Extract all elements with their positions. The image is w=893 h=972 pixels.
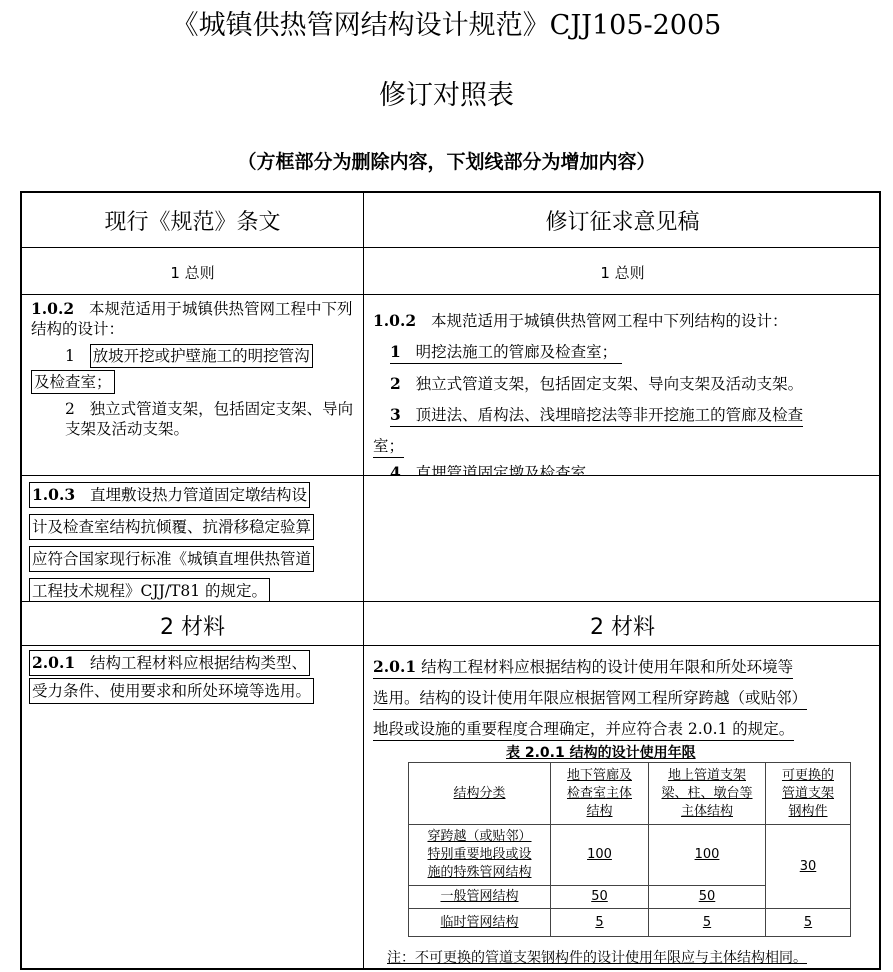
added-text: 室； <box>373 435 404 458</box>
clause-number: 2.0.1 <box>373 657 416 676</box>
clause-1-0-3-current: 1.0.3 直埋敷设热力管道固定墩结构设 计及检查室结构抗倾覆、抗滑移稳定验算 … <box>22 476 363 601</box>
category-text: 施的特殊管网结构 <box>427 865 531 880</box>
clause-2-0-1-current: 2.0.1 结构工程材料应根据结构类型、 受力条件、使用要求和所处环境等选用。 <box>22 646 363 970</box>
deleted-text: 及检查室； <box>31 370 115 394</box>
value-cell: 5 <box>766 909 851 937</box>
clause-intro: 本规范适用于城镇供热管网工程中下列结构的设计： <box>31 300 352 338</box>
clause-1-0-3-revised-empty <box>364 476 881 601</box>
section-row-revised: 1 总则 <box>364 248 881 294</box>
value-text: 5 <box>703 915 711 930</box>
value-cell: 50 <box>649 886 766 909</box>
clause-text: 1.0.3 直埋敷设热力管道固定墩结构设 计及检查室结构抗倾覆、抗滑移稳定验算 … <box>29 482 314 601</box>
deleted-text: 1.0.3 直埋敷设热力管道固定墩结构设 <box>29 482 310 508</box>
deleted-text: 计及检查室结构抗倾覆、抗滑移稳定验算 <box>29 514 314 540</box>
clause-text: 1.0.2 本规范适用于城镇供热管网工程中下列结构的设计： 1 放坡开挖或护壁施… <box>31 299 359 439</box>
deleted-line: 结构工程材料应根据结构类型、 <box>90 654 307 672</box>
header-text: 检查室主体 <box>567 786 632 801</box>
section-title: 1 总则 <box>22 262 363 283</box>
value-text: 100 <box>587 847 612 862</box>
value-text: 5 <box>595 915 603 930</box>
item-text: 独立式管道支架，包括固定支架、导向支架及活动支架。 <box>416 375 804 393</box>
table-row: 穿跨越（或贴邻） 特别重要地段或设 施的特殊管网结构 100 100 30 <box>409 825 851 886</box>
item-number: 1 <box>65 347 75 365</box>
item-number: 4 <box>390 463 401 475</box>
header-revised-label: 修订征求意见稿 <box>364 205 881 236</box>
clause-intro: 本规范适用于城镇供热管网工程中下列结构的设计： <box>431 312 788 330</box>
clause-number: 1.0.2 <box>31 299 74 318</box>
added-text: 3 顶进法、盾构法、浅埋暗挖法等非开挖施工的管廊及检查 <box>390 404 803 427</box>
deleted-text: 工程技术规程》CJJ/T81 的规定。 <box>29 578 270 601</box>
value-cell: 5 <box>551 909 649 937</box>
category-cell: 一般管网结构 <box>409 886 551 909</box>
category-cell: 临时管网结构 <box>409 909 551 937</box>
clause-1-0-2-revised: 1.0.2 本规范适用于城镇供热管网工程中下列结构的设计： 1 明挖法施工的管廊… <box>364 295 881 475</box>
header-revised: 修订征求意见稿 <box>364 193 881 247</box>
value-cell: 30 <box>766 825 851 909</box>
added-line: 结构工程材料应根据结构的设计使用年限和所处环境等 <box>421 658 793 676</box>
legend-note: （方框部分为删除内容，下划线部分为增加内容） <box>0 147 893 177</box>
item-text: 顶进法、盾构法、浅埋暗挖法等非开挖施工的管廊及检查 <box>416 406 804 424</box>
design-life-table: 结构分类 地下管廊及 检查室主体 结构 地上管道支架 梁、柱、墩台等 主体结构 … <box>408 762 851 937</box>
clause-number: 1.0.2 <box>373 311 416 330</box>
header-text: 可更换的 <box>782 768 834 783</box>
category-text: 一般管网结构 <box>440 889 518 904</box>
deleted-line: 直埋敷设热力管道固定墩结构设 <box>90 486 307 504</box>
section-row-current: 2 材料 <box>22 602 363 645</box>
item-number: 2 <box>65 400 75 418</box>
header-text: 梁、柱、墩台等 <box>661 786 752 801</box>
value-cell: 50 <box>551 886 649 909</box>
value-text: 30 <box>800 859 817 874</box>
clause-text: 2.0.1 结构工程材料应根据结构类型、 受力条件、使用要求和所处环境等选用。 <box>29 650 314 710</box>
header-cell: 地下管廊及 检查室主体 结构 <box>551 763 649 825</box>
value-text: 50 <box>591 889 608 904</box>
clause-number: 2.0.1 <box>32 653 75 672</box>
header-text: 主体结构 <box>681 804 733 819</box>
header-text: 管道支架 <box>782 786 834 801</box>
clause-text: 2.0.1 结构工程材料应根据结构的设计使用年限和所处环境等 选用。结构的设计使… <box>373 652 878 745</box>
table-row: 临时管网结构 5 5 5 <box>409 909 851 937</box>
added-text: 4 直埋管道固定墩及检查室。 <box>390 462 607 475</box>
header-current-label: 现行《规范》条文 <box>22 205 363 236</box>
header-current: 现行《规范》条文 <box>22 193 363 247</box>
deleted-text: 受力条件、使用要求和所处环境等选用。 <box>29 678 314 704</box>
clause-1-0-2-current: 1.0.2 本规范适用于城镇供热管网工程中下列结构的设计： 1 放坡开挖或护壁施… <box>22 295 363 475</box>
item-number: 2 <box>390 374 401 393</box>
value-cell: 100 <box>551 825 649 886</box>
added-text: 选用。结构的设计使用年限应根据管网工程所穿跨越（或贴邻） <box>373 687 807 710</box>
item-text: 直埋管道固定墩及检查室。 <box>416 464 602 475</box>
value-cell: 5 <box>649 909 766 937</box>
value-text: 100 <box>695 847 720 862</box>
added-text: 1 明挖法施工的管廊及检查室； <box>390 341 622 364</box>
header-text: 地下管廊及 <box>567 768 632 783</box>
section-row-revised: 2 材料 <box>364 602 881 645</box>
inner-table-caption: 表 2.0.1 结构的设计使用年限 <box>506 742 696 762</box>
deleted-text: 2.0.1 结构工程材料应根据结构类型、 <box>29 650 310 676</box>
item-text: 明挖法施工的管廊及检查室； <box>416 343 618 361</box>
section-title: 1 总则 <box>364 262 881 283</box>
table-header-row: 结构分类 地下管廊及 检查室主体 结构 地上管道支架 梁、柱、墩台等 主体结构 … <box>409 763 851 825</box>
section-title: 2 材料 <box>22 610 363 641</box>
section-row-current: 1 总则 <box>22 248 363 294</box>
value-text: 50 <box>699 889 716 904</box>
added-text: 2.0.1 结构工程材料应根据结构的设计使用年限和所处环境等 <box>373 656 793 679</box>
header-cell: 可更换的 管道支架 钢构件 <box>766 763 851 825</box>
section-title: 2 材料 <box>364 610 881 641</box>
category-text: 穿跨越（或贴邻） <box>427 829 531 844</box>
header-cell: 地上管道支架 梁、柱、墩台等 主体结构 <box>649 763 766 825</box>
document-subtitle: 修订对照表 <box>0 76 893 116</box>
header-cell: 结构分类 <box>409 763 551 825</box>
header-text: 钢构件 <box>788 804 827 819</box>
category-cell: 穿跨越（或贴邻） 特别重要地段或设 施的特殊管网结构 <box>409 825 551 886</box>
clause-number: 1.0.3 <box>32 485 75 504</box>
added-text: 地段或设施的重要程度合理确定，并应符合表 2.0.1 的规定。 <box>373 718 794 741</box>
item-text: 独立式管道支架，包括固定支架、导向支架及活动支架。 <box>65 400 353 438</box>
header-text: 地上管道支架 <box>668 768 746 783</box>
value-text: 5 <box>804 915 812 930</box>
document-title: 《城镇供热管网结构设计规范》CJJ105-2005 <box>0 6 893 46</box>
header-text: 结构 <box>586 804 612 819</box>
header-text: 结构分类 <box>453 786 505 801</box>
item-number: 3 <box>390 405 401 424</box>
deleted-text: 应符合国家现行标准《城镇直埋供热管道 <box>29 546 314 572</box>
category-text: 临时管网结构 <box>440 915 518 930</box>
item-number: 1 <box>390 342 401 361</box>
deleted-text: 放坡开挖或护壁施工的明挖管沟 <box>90 344 313 368</box>
value-cell: 100 <box>649 825 766 886</box>
clause-text: 1.0.2 本规范适用于城镇供热管网工程中下列结构的设计： 1 明挖法施工的管廊… <box>373 305 878 475</box>
category-text: 特别重要地段或设 <box>427 847 531 862</box>
table-note: 注：不可更换的管道支架钢构件的设计使用年限应与主体结构相同。 <box>387 947 807 967</box>
